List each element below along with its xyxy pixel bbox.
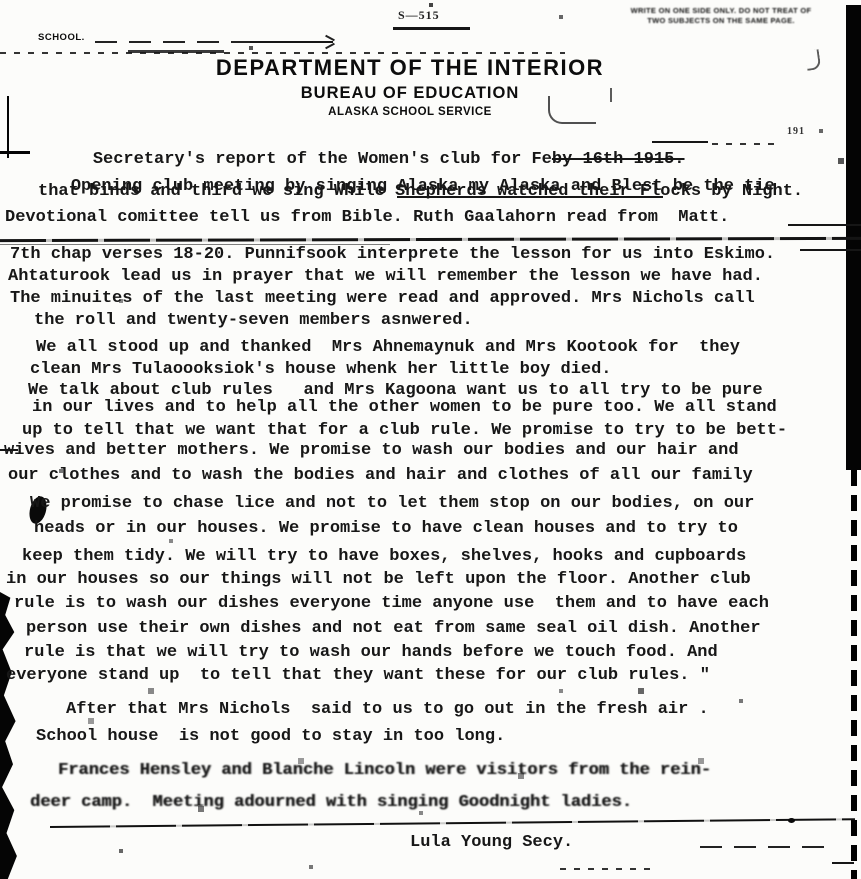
report-line: in our houses so our things will not be … <box>6 570 751 590</box>
ruled-dotted-line <box>0 52 565 54</box>
scan-edge-left <box>0 592 26 879</box>
report-line: keep them tidy. We will try to have boxe… <box>22 547 746 567</box>
form-notice: WRITE ON ONE SIDE ONLY. DO NOT TREAT OF … <box>615 6 827 26</box>
report-line: Ahtaturook lead us in prayer that we wil… <box>8 267 763 287</box>
report-line: heads or in our houses. We promise to ha… <box>34 519 738 539</box>
title-fill-dash <box>652 141 708 143</box>
report-line: rule is to wash our dishes everyone time… <box>14 594 769 614</box>
report-line: We promise to chase lice and not to let … <box>30 494 754 514</box>
report-line: School house is not good to stay in too … <box>36 727 505 747</box>
report-line: rule is that we will try to wash our han… <box>24 643 718 663</box>
signature: Lula Young Secy. <box>410 833 573 853</box>
arrow-shaft <box>250 41 333 43</box>
report-line: We all stood up and thanked Mrs Ahnemayn… <box>36 338 740 358</box>
handwritten-mark <box>548 96 596 124</box>
printed-rule-line <box>0 237 861 242</box>
report-line: our clothes and to wash the bodies and h… <box>8 466 753 486</box>
stray-dash <box>800 249 861 251</box>
school-label: SCHOOL. <box>38 32 85 43</box>
hyphen-artifact <box>0 449 18 451</box>
report-line: 7th chap verses 18-20. Punnifsook interp… <box>10 245 775 265</box>
stray-dash <box>832 862 854 864</box>
signature-rule-line <box>50 818 855 828</box>
report-line: wives and better mothers. We promise to … <box>4 441 739 461</box>
year-stub: 191 <box>787 126 805 137</box>
report-line: clean Mrs Tulaoooksiok's house whenk her… <box>30 360 612 380</box>
school-fill-line <box>95 41 250 43</box>
stray-dots <box>560 868 650 870</box>
report-line: up to tell that we want that for a club … <box>22 421 787 441</box>
title-fill-dots <box>712 143 780 145</box>
stray-dash <box>700 846 830 848</box>
form-notice-line2: TWO SUBJECTS ON THE SAME PAGE. <box>615 16 827 26</box>
ruled-line-smudge <box>128 50 224 53</box>
report-line: The minuites of the last meeting were re… <box>10 289 755 309</box>
scan-noise <box>0 0 2 2</box>
form-notice-line1: WRITE ON ONE SIDE ONLY. DO NOT TREAT OF <box>615 6 827 16</box>
service-title: ALASKA SCHOOL SERVICE <box>0 106 820 118</box>
bureau-title: BUREAU OF EDUCATION <box>0 84 820 103</box>
report-line: in our lives and to help all the other w… <box>32 398 777 418</box>
report-line: the roll and twenty-seven members asnwer… <box>34 311 473 331</box>
report-line: that binds and third we sing While Sheph… <box>38 182 803 202</box>
form-number-underline <box>393 27 470 30</box>
stray-dash <box>788 224 861 226</box>
report-line: person use their own dishes and not eat … <box>26 619 761 639</box>
report-line: Frances Hensley and Blanche Lincoln were… <box>58 761 711 781</box>
scan-mark-left-dash <box>0 151 30 154</box>
report-line: Devotional comittee tell us from Bible. … <box>5 208 729 228</box>
report-line: deer camp. Meeting adourned with singing… <box>30 793 632 813</box>
arrow-head-icon <box>325 43 335 49</box>
report-line: everyone stand up to tell that they want… <box>6 666 710 686</box>
department-title: DEPARTMENT OF THE INTERIOR <box>0 55 820 81</box>
ink-dot <box>788 818 795 823</box>
report-line: After that Mrs Nichols said to us to go … <box>66 700 709 720</box>
scanned-document-page: S—515 WRITE ON ONE SIDE ONLY. DO NOT TRE… <box>0 0 861 879</box>
handwritten-mark <box>610 88 612 102</box>
form-number: S—515 <box>398 8 440 23</box>
